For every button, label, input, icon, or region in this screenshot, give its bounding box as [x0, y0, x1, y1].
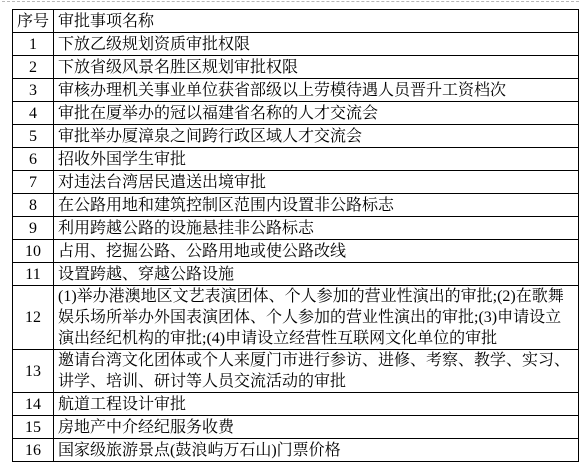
row-number-cell: 14 [13, 393, 54, 416]
table-row: 7 对违法台湾居民遣送出境审批 [13, 171, 579, 194]
row-number-cell: 9 [13, 217, 54, 240]
approval-item-cell: 国家级旅游景点(鼓浪屿万石山)门票价格 [54, 439, 579, 462]
row-number-cell: 10 [13, 240, 54, 263]
approval-item-cell: 航道工程设计审批 [54, 393, 579, 416]
approval-item-cell: 下放省级风景名胜区规划审批权限 [54, 56, 579, 79]
header-serial-number: 序号 [13, 10, 54, 33]
row-number-cell: 16 [13, 439, 54, 462]
row-number-cell: 1 [13, 33, 54, 56]
table-row: 15 房地产中介经纪服务收费 [13, 416, 579, 439]
approval-item-cell: 审批举办厦漳泉之间跨行政区域人才交流会 [54, 125, 579, 148]
table-row: 13 邀请台湾文化团体或个人来厦门市进行参访、进修、考察、教学、实习、讲学、培训… [13, 350, 579, 393]
approval-item-cell: 设置跨越、穿越公路设施 [54, 263, 579, 286]
approval-item-cell: 对违法台湾居民遣送出境审批 [54, 171, 579, 194]
table-row: 10 占用、挖掘公路、公路用地或使公路改线 [13, 240, 579, 263]
table-row: 9 利用跨越公路的设施悬挂非公路标志 [13, 217, 579, 240]
table-row: 6 招收外国学生审批 [13, 148, 579, 171]
table-row: 11 设置跨越、穿越公路设施 [13, 263, 579, 286]
approval-item-cell: 在公路用地和建筑控制区范围内设置非公路标志 [54, 194, 579, 217]
approval-item-cell: 招收外国学生审批 [54, 148, 579, 171]
table-row: 8 在公路用地和建筑控制区范围内设置非公路标志 [13, 194, 579, 217]
row-number-cell: 11 [13, 263, 54, 286]
row-number-cell: 4 [13, 102, 54, 125]
row-number-cell: 12 [13, 286, 54, 350]
approval-item-cell: 房地产中介经纪服务收费 [54, 416, 579, 439]
table-row: 12 (1)举办港澳地区文艺表演团体、个人参加的营业性演出的审批;(2)在歌舞娱… [13, 286, 579, 350]
row-number-cell: 5 [13, 125, 54, 148]
row-number-cell: 2 [13, 56, 54, 79]
approval-item-cell: 审批在厦举办的冠以福建省名称的人才交流会 [54, 102, 579, 125]
table-header-row: 序号 审批事项名称 [13, 10, 579, 33]
approval-item-cell: 占用、挖掘公路、公路用地或使公路改线 [54, 240, 579, 263]
page-top-dashed-artifact [2, 1, 579, 2]
row-number-cell: 15 [13, 416, 54, 439]
table-row: 16 国家级旅游景点(鼓浪屿万石山)门票价格 [13, 439, 579, 462]
table-row: 14 航道工程设计审批 [13, 393, 579, 416]
approval-item-cell: 邀请台湾文化团体或个人来厦门市进行参访、进修、考察、教学、实习、讲学、培训、研讨… [54, 350, 579, 393]
approval-items-table: 序号 审批事项名称 1 下放乙级规划资质审批权限 2 下放省级风景名胜区规划审批… [12, 9, 579, 462]
approval-item-cell: 利用跨越公路的设施悬挂非公路标志 [54, 217, 579, 240]
table-row: 1 下放乙级规划资质审批权限 [13, 33, 579, 56]
row-number-cell: 7 [13, 171, 54, 194]
table-row: 3 审核办理机关事业单位获省部级以上劳模待遇人员晋升工资档次 [13, 79, 579, 102]
row-number-cell: 8 [13, 194, 54, 217]
approval-item-cell: (1)举办港澳地区文艺表演团体、个人参加的营业性演出的审批;(2)在歌舞娱乐场所… [54, 286, 579, 350]
table-row: 4 审批在厦举办的冠以福建省名称的人才交流会 [13, 102, 579, 125]
table-row: 5 审批举办厦漳泉之间跨行政区域人才交流会 [13, 125, 579, 148]
row-number-cell: 13 [13, 350, 54, 393]
header-item-name: 审批事项名称 [54, 10, 579, 33]
approval-item-cell: 审核办理机关事业单位获省部级以上劳模待遇人员晋升工资档次 [54, 79, 579, 102]
table-row: 2 下放省级风景名胜区规划审批权限 [13, 56, 579, 79]
row-number-cell: 3 [13, 79, 54, 102]
approval-item-cell: 下放乙级规划资质审批权限 [54, 33, 579, 56]
row-number-cell: 6 [13, 148, 54, 171]
